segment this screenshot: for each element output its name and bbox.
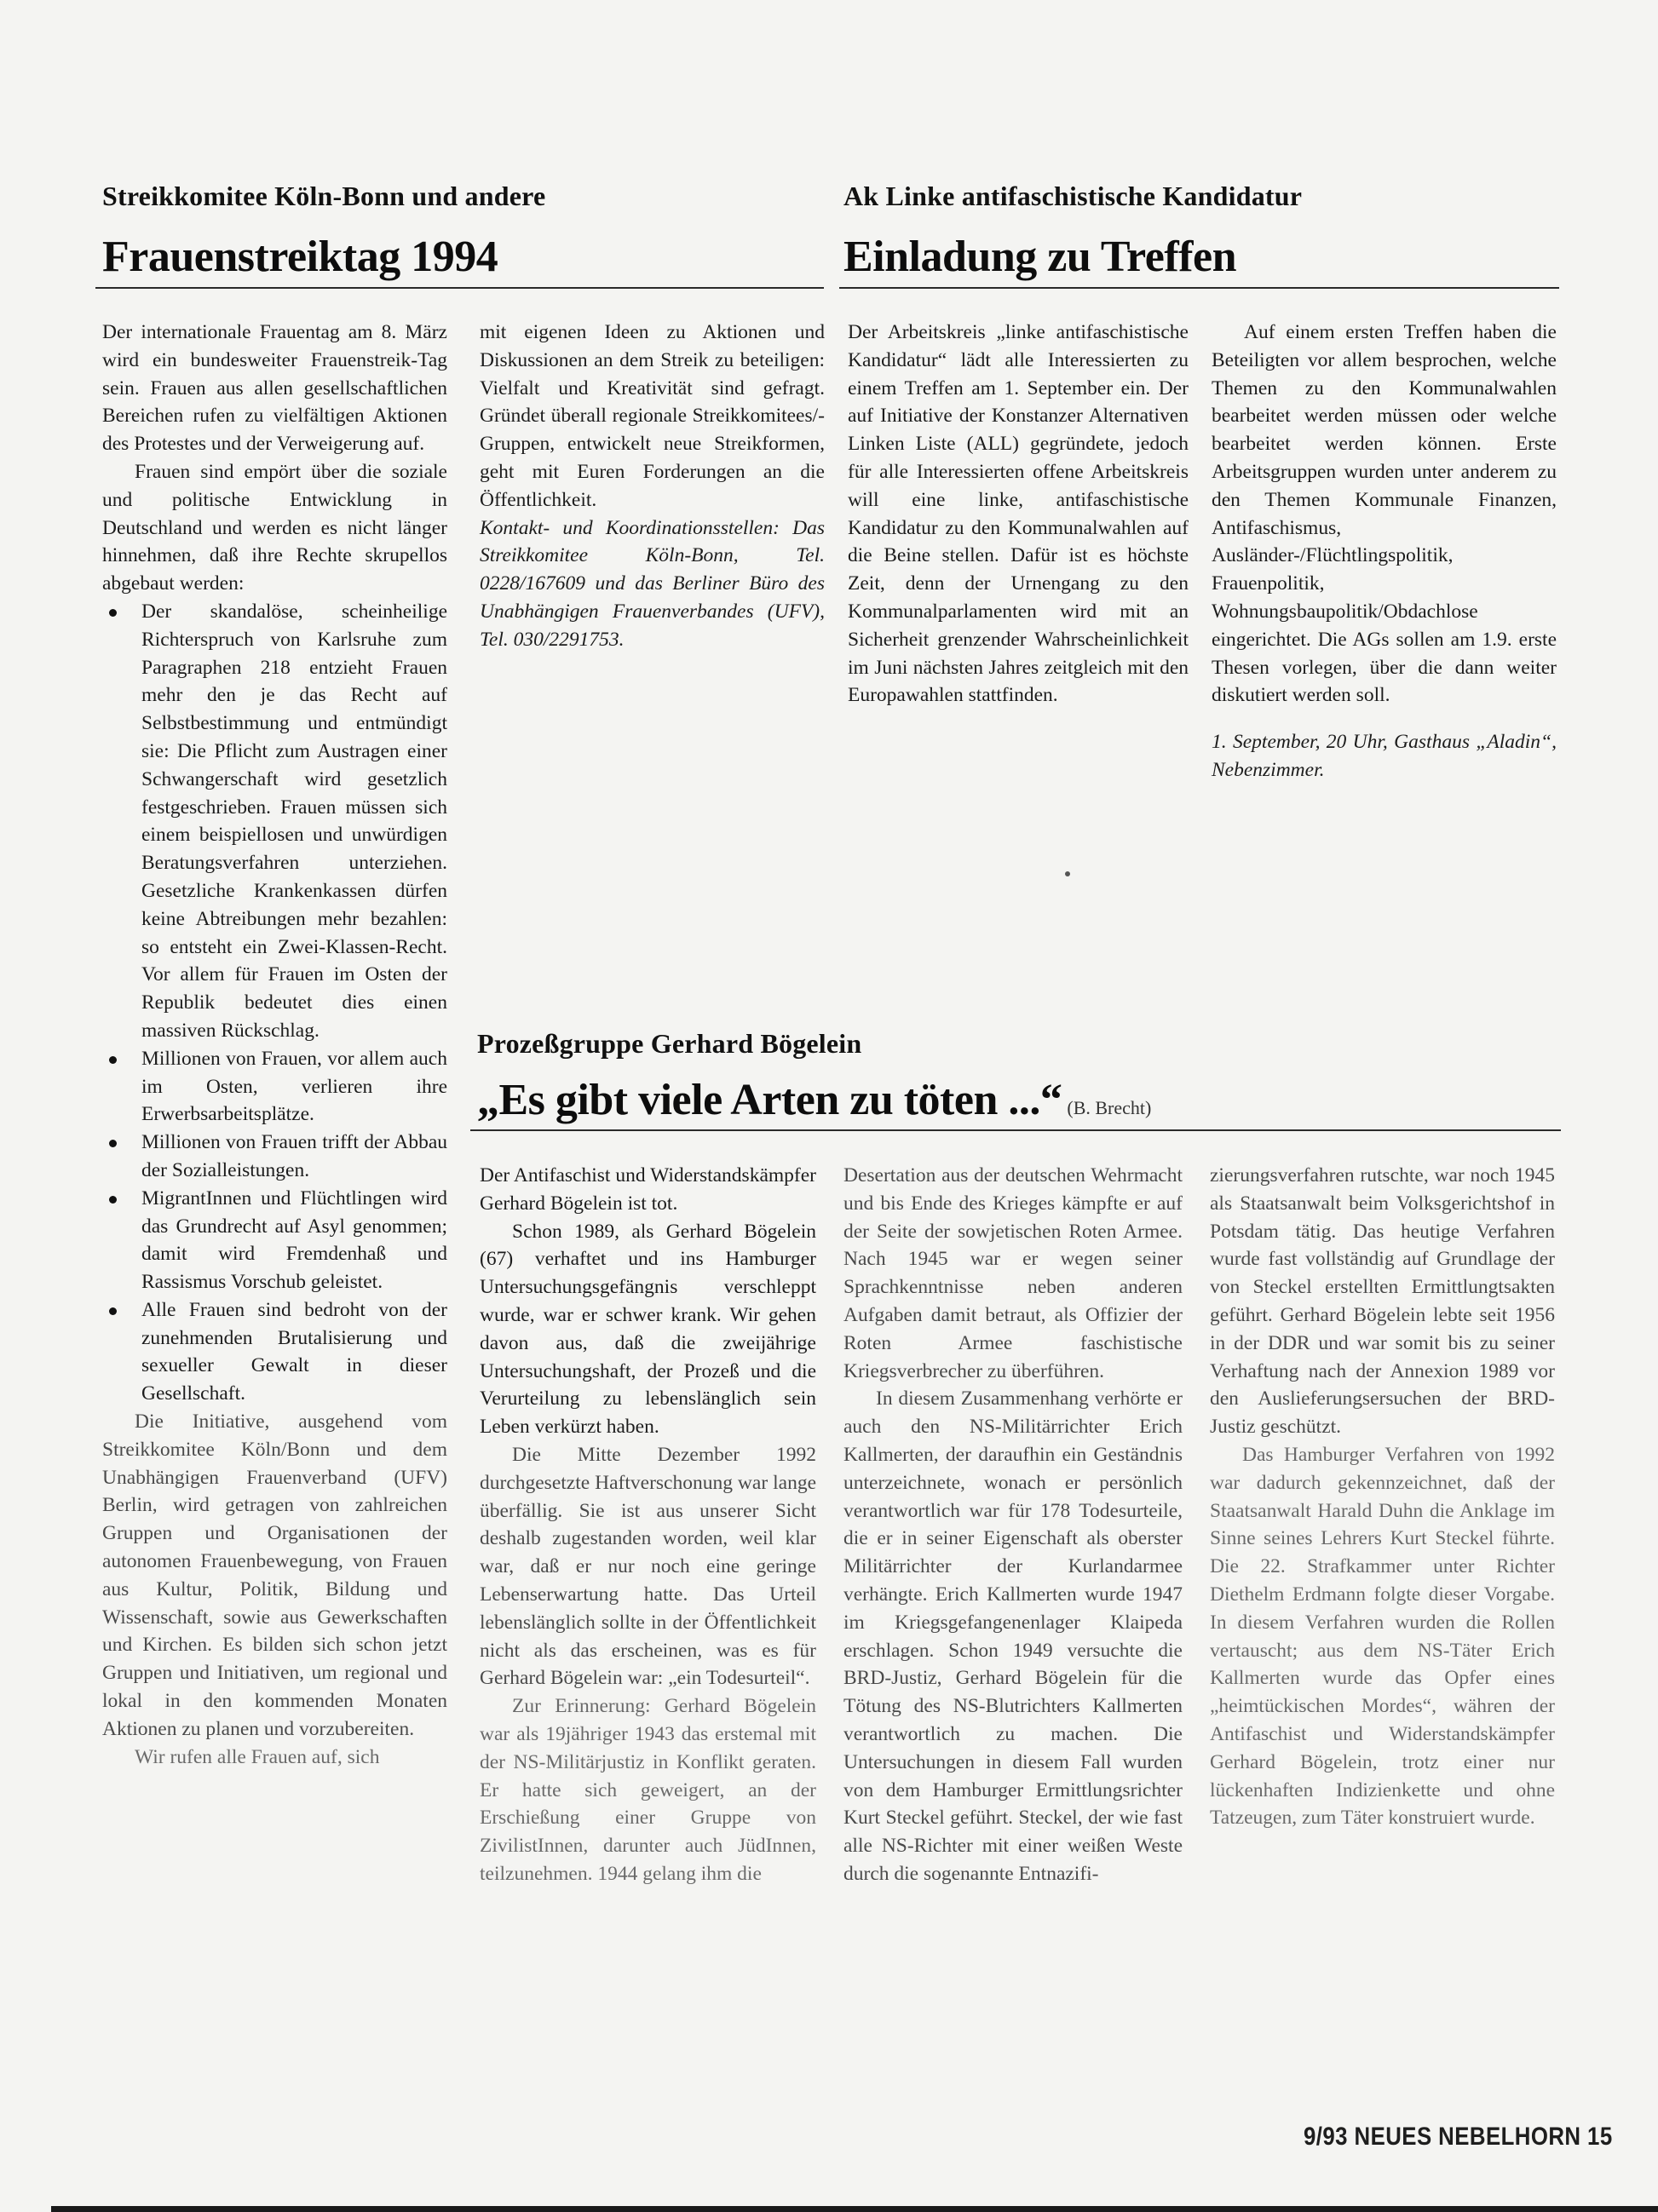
article-column-boegelein-1: Der Antifaschist und Widerstandskämpfer … [480, 1162, 816, 1888]
paragraph: Schon 1989, als Gerhard Bögelein (67) ve… [480, 1218, 816, 1441]
page-number: 15 [1587, 2123, 1613, 2151]
paragraph: Auf einem ersten Treffen haben die Betei… [1212, 319, 1557, 710]
article-column-boegelein-3: zierungsverfahren rutschte, war noch 194… [1210, 1162, 1555, 1832]
article-column-boegelein-2: Desertation aus der deutschen Wehrmacht … [843, 1162, 1183, 1888]
scan-speck [1065, 871, 1070, 876]
list-item: Millionen von Frauen trifft der Abbau de… [102, 1129, 447, 1185]
contact-info: Kontakt- und Koordinationsstellen: Das S… [480, 514, 825, 654]
event-info: 1. September, 20 Uhr, Gasthaus „Aladin“,… [1212, 728, 1557, 784]
issue-number: 9/93 [1304, 2123, 1348, 2151]
page-edge [51, 2206, 1658, 2212]
newspaper-page: Streikkomitee Köln-Bonn und andere Fraue… [0, 0, 1658, 2212]
paragraph: Der Antifaschist und Widerstandskämpfer … [480, 1162, 816, 1218]
bullet-list: Der skandalöse, scheinheilige Richterspr… [102, 598, 447, 1408]
paragraph: Der Arbeitskreis „linke antifaschistisch… [848, 319, 1189, 710]
quote-attribution: (B. Brecht) [1067, 1097, 1151, 1118]
paragraph: mit eigenen Ideen zu Aktionen und Diskus… [480, 319, 825, 514]
article-kicker-boegelein: Prozeßgruppe Gerhard Bögelein [477, 1028, 861, 1060]
paragraph: Wir rufen alle Frauen auf, sich [102, 1744, 447, 1772]
paragraph: Die Initiative, ausgehend vom Streikkomi… [102, 1408, 447, 1744]
bullet-icon [109, 609, 117, 617]
article-headline-frauenstreik: Frauenstreiktag 1994 [102, 232, 498, 282]
list-item: MigrantInnen und Flüchtlingen wird das G… [102, 1185, 447, 1296]
list-item: Millionen von Frauen, vor allem auch im … [102, 1045, 447, 1129]
headline-rule [95, 287, 824, 289]
bullet-icon [109, 1056, 117, 1064]
headline-text: „Es gibt viele Arten zu töten ...“ [477, 1076, 1062, 1124]
article-kicker-kandidatur: Ak Linke antifaschistische Kandidatur [843, 181, 1302, 212]
article-headline-boegelein: „Es gibt viele Arten zu töten ...“(B. Br… [477, 1075, 1151, 1125]
article-column-frauenstreik-1: Der internationale Frauentag am 8. März … [102, 319, 447, 1771]
paragraph: Die Mitte Dezember 1992 durchgesetzte Ha… [480, 1441, 816, 1692]
bullet-icon [109, 1140, 117, 1147]
paragraph: Desertation aus der deutschen Wehrmacht … [843, 1162, 1183, 1385]
paragraph: In diesem Zusammenhang verhörte er auch … [843, 1385, 1183, 1887]
paragraph: Frauen sind empört über die soziale und … [102, 458, 447, 598]
article-column-kandidatur-2: Auf einem ersten Treffen haben die Betei… [1212, 319, 1557, 784]
paragraph: zierungsverfahren rutschte, war noch 194… [1210, 1162, 1555, 1441]
paragraph: Das Hamburger Verfahren von 1992 war dad… [1210, 1441, 1555, 1832]
article-column-frauenstreik-2: mit eigenen Ideen zu Aktionen und Diskus… [480, 319, 825, 654]
publication-name: NEUES NEBELHORN [1355, 2123, 1581, 2151]
paragraph: Zur Erinnerung: Gerhard Bögelein war als… [480, 1692, 816, 1888]
page-footer: 9/93 NEUES NEBELHORN 15 [1304, 2123, 1613, 2152]
bullet-icon [109, 1196, 117, 1204]
bullet-icon [109, 1307, 117, 1315]
article-headline-kandidatur: Einladung zu Treffen [843, 232, 1236, 282]
list-item: Alle Frauen sind bedroht von der zunehme… [102, 1296, 447, 1408]
article-column-kandidatur-1: Der Arbeitskreis „linke antifaschistisch… [848, 319, 1189, 710]
headline-rule [470, 1129, 1561, 1131]
list-item: Der skandalöse, scheinheilige Richterspr… [102, 598, 447, 1045]
paragraph: Der internationale Frauentag am 8. März … [102, 319, 447, 458]
headline-rule [839, 287, 1559, 289]
article-kicker-frauenstreik: Streikkomitee Köln-Bonn und andere [102, 181, 545, 212]
